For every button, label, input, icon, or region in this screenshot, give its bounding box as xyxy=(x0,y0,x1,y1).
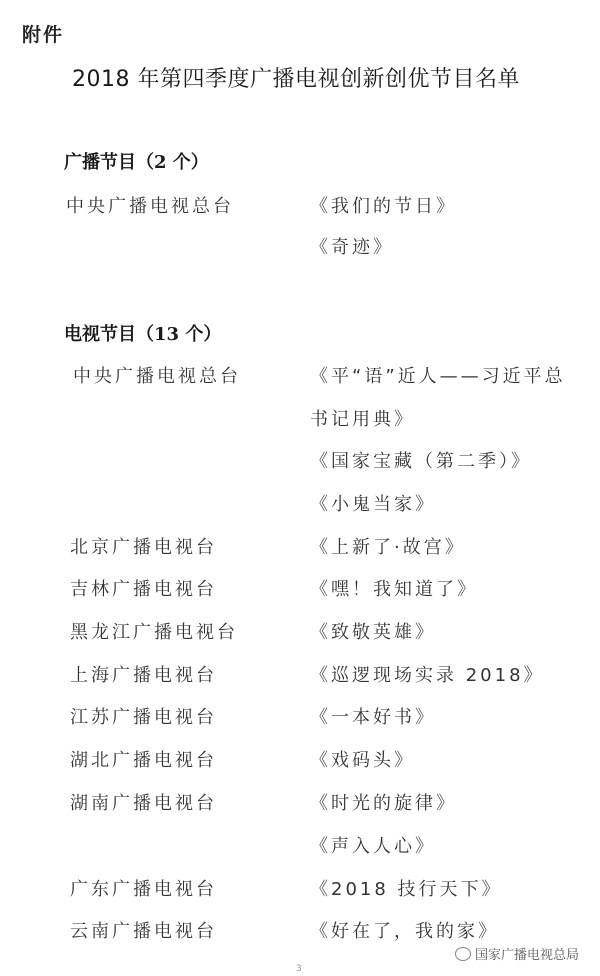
document-title: 2018 年第四季度广播电视创新创优节目名单 xyxy=(72,62,520,93)
org-name: 中央广播电视总台 xyxy=(66,192,234,218)
program-title: 《我们的节日》 xyxy=(310,192,457,218)
attachment-label: 附件 xyxy=(22,20,64,47)
program-title: 《致敬英雄》 xyxy=(310,618,436,644)
org-name: 云南广播电视台 xyxy=(70,917,217,943)
section-heading-radio: 广播节目（2 个） xyxy=(64,148,209,174)
program-title: 《奇迹》 xyxy=(310,233,394,259)
section-heading-tv: 电视节目（13 个） xyxy=(64,320,221,346)
program-title: 《小鬼当家》 xyxy=(310,490,436,516)
program-title: 《巡逻现场实录 2018》 xyxy=(310,661,545,687)
org-name: 吉林广播电视台 xyxy=(70,575,217,601)
org-name: 湖北广播电视台 xyxy=(70,746,217,772)
org-name: 湖南广播电视台 xyxy=(70,789,217,815)
org-name: 黑龙江广播电视台 xyxy=(70,618,238,644)
program-title: 《2018 技行天下》 xyxy=(310,875,503,901)
wechat-icon xyxy=(455,947,471,961)
org-name: 江苏广播电视台 xyxy=(70,703,217,729)
program-title: 《国家宝藏（第二季）》 xyxy=(310,447,532,473)
org-name: 北京广播电视台 xyxy=(70,533,217,559)
program-title: 《戏码头》 xyxy=(310,746,415,772)
program-title: 书记用典》 xyxy=(310,405,415,431)
org-name: 上海广播电视台 xyxy=(70,661,217,687)
page-number: 3 xyxy=(296,964,302,974)
program-title: 《上新了·故宫》 xyxy=(310,533,466,559)
org-name: 中央广播电视总台 xyxy=(73,362,241,388)
org-name: 广东广播电视台 xyxy=(70,875,217,901)
program-title: 《平“语”近人——习近平总 xyxy=(310,362,566,388)
program-title: 《声入人心》 xyxy=(310,832,436,858)
program-title: 《一本好书》 xyxy=(310,703,436,729)
watermark-text: 国家广播电视总局 xyxy=(475,944,579,963)
watermark: 国家广播电视总局 xyxy=(455,944,579,963)
program-title: 《时光的旋律》 xyxy=(310,789,457,815)
program-title: 《好在了，我的家》 xyxy=(310,917,499,943)
program-title: 《嘿！我知道了》 xyxy=(310,575,478,601)
